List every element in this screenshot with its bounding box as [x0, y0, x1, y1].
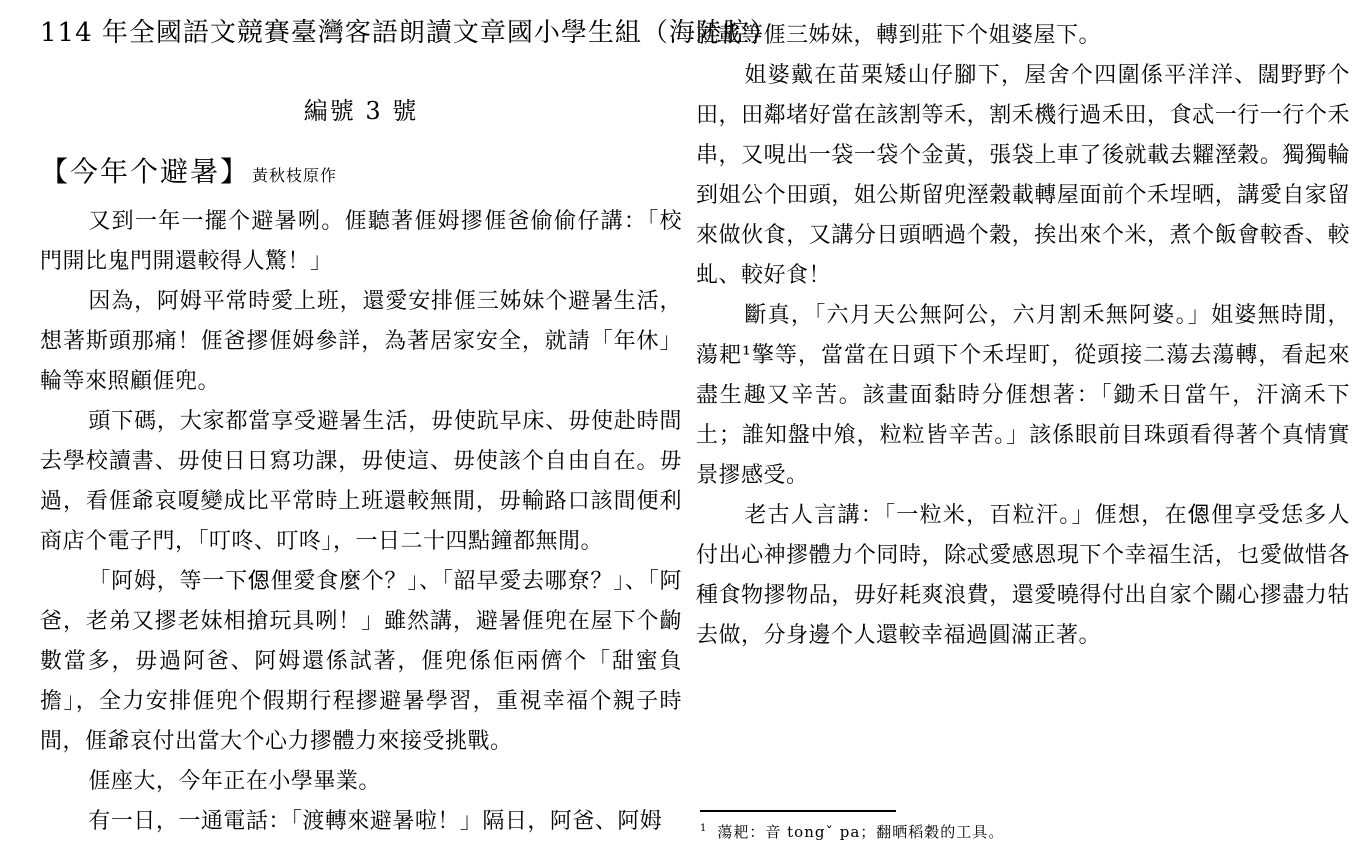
document-page: 114 年全國語文競賽臺灣客語朗讀文章國小學生組（海陸腔） 編號 3 號 【今年… [0, 0, 1366, 856]
document-title: 114 年全國語文競賽臺灣客語朗讀文章國小學生組（海陸腔） [40, 12, 682, 49]
paragraph: 因為，阿姆平常時愛上班，還愛安排𠊎三姊妹个避暑生活，想著斯頭那痛！𠊎爸摎𠊎姆參詳… [40, 282, 682, 402]
footnote-text-line: 1蕩耙：音 tongˇ pa；翻晒稻穀的工具。 [700, 818, 1340, 843]
footnote-separator [700, 810, 896, 812]
footnote-marker: 1 [700, 823, 707, 834]
paragraph: 𠊎座大，今年正在小學畢業。 [40, 762, 682, 802]
right-column-body: 就載等𠊎三姊妹，轉到莊下个姐婆屋下。 姐婆戴在苗栗矮山仔腳下，屋舍个四圍係平洋洋… [696, 10, 1350, 656]
left-column-body: 又到一年一擺个避暑咧。𠊎聽著𠊎姆摎𠊎爸偷偷仔講：「校門開比鬼門開還較得人驚！」 … [40, 202, 682, 842]
footnote-text: 蕩耙：音 tongˇ pa；翻晒稻穀的工具。 [717, 823, 1004, 841]
footnote: 1蕩耙：音 tongˇ pa；翻晒稻穀的工具。 [700, 810, 1340, 843]
paragraph: 就載等𠊎三姊妹，轉到莊下个姐婆屋下。 [696, 16, 1350, 56]
paragraph: 斷真，「六月天公無阿公，六月割禾無阿婆。」姐婆無時閒，蕩耙¹擎等，當當在日頭下个… [696, 296, 1350, 496]
article-title: 【今年个避暑】 [40, 155, 250, 188]
left-column: 114 年全國語文競賽臺灣客語朗讀文章國小學生組（海陸腔） 編號 3 號 【今年… [40, 10, 682, 856]
article-author: 黃秋枝原作 [252, 166, 337, 185]
document-number: 編號 3 號 [40, 91, 682, 126]
paragraph: 有一日，一通電話：「渡轉來避暑啦！」隔日，阿爸、阿姆 [40, 802, 682, 842]
right-column: 就載等𠊎三姊妹，轉到莊下个姐婆屋下。 姐婆戴在苗栗矮山仔腳下，屋舍个四圍係平洋洋… [696, 10, 1350, 856]
article-title-row: 【今年个避暑】黃秋枝原作 [40, 150, 682, 190]
paragraph: 姐婆戴在苗栗矮山仔腳下，屋舍个四圍係平洋洋、闊野野个田，田鄰堵好當在該割等禾，割… [696, 56, 1350, 296]
paragraph: 頭下碼，大家都當享受避暑生活，毋使䟘早床、毋使赴時間去學校讀書、毋使日日寫功課，… [40, 402, 682, 562]
paragraph: 「阿姆，等一下𫣆俚愛食麼个？」、「韶早愛去哪尞？」、「阿爸，老弟又摎老妹相搶玩具… [40, 562, 682, 762]
paragraph: 老古人言講：「一粒米，百粒汗。」𠊎想，在𫣆俚享受恁多人付出心神摎體力个同時，除忒… [696, 496, 1350, 656]
paragraph: 又到一年一擺个避暑咧。𠊎聽著𠊎姆摎𠊎爸偷偷仔講：「校門開比鬼門開還較得人驚！」 [40, 202, 682, 282]
